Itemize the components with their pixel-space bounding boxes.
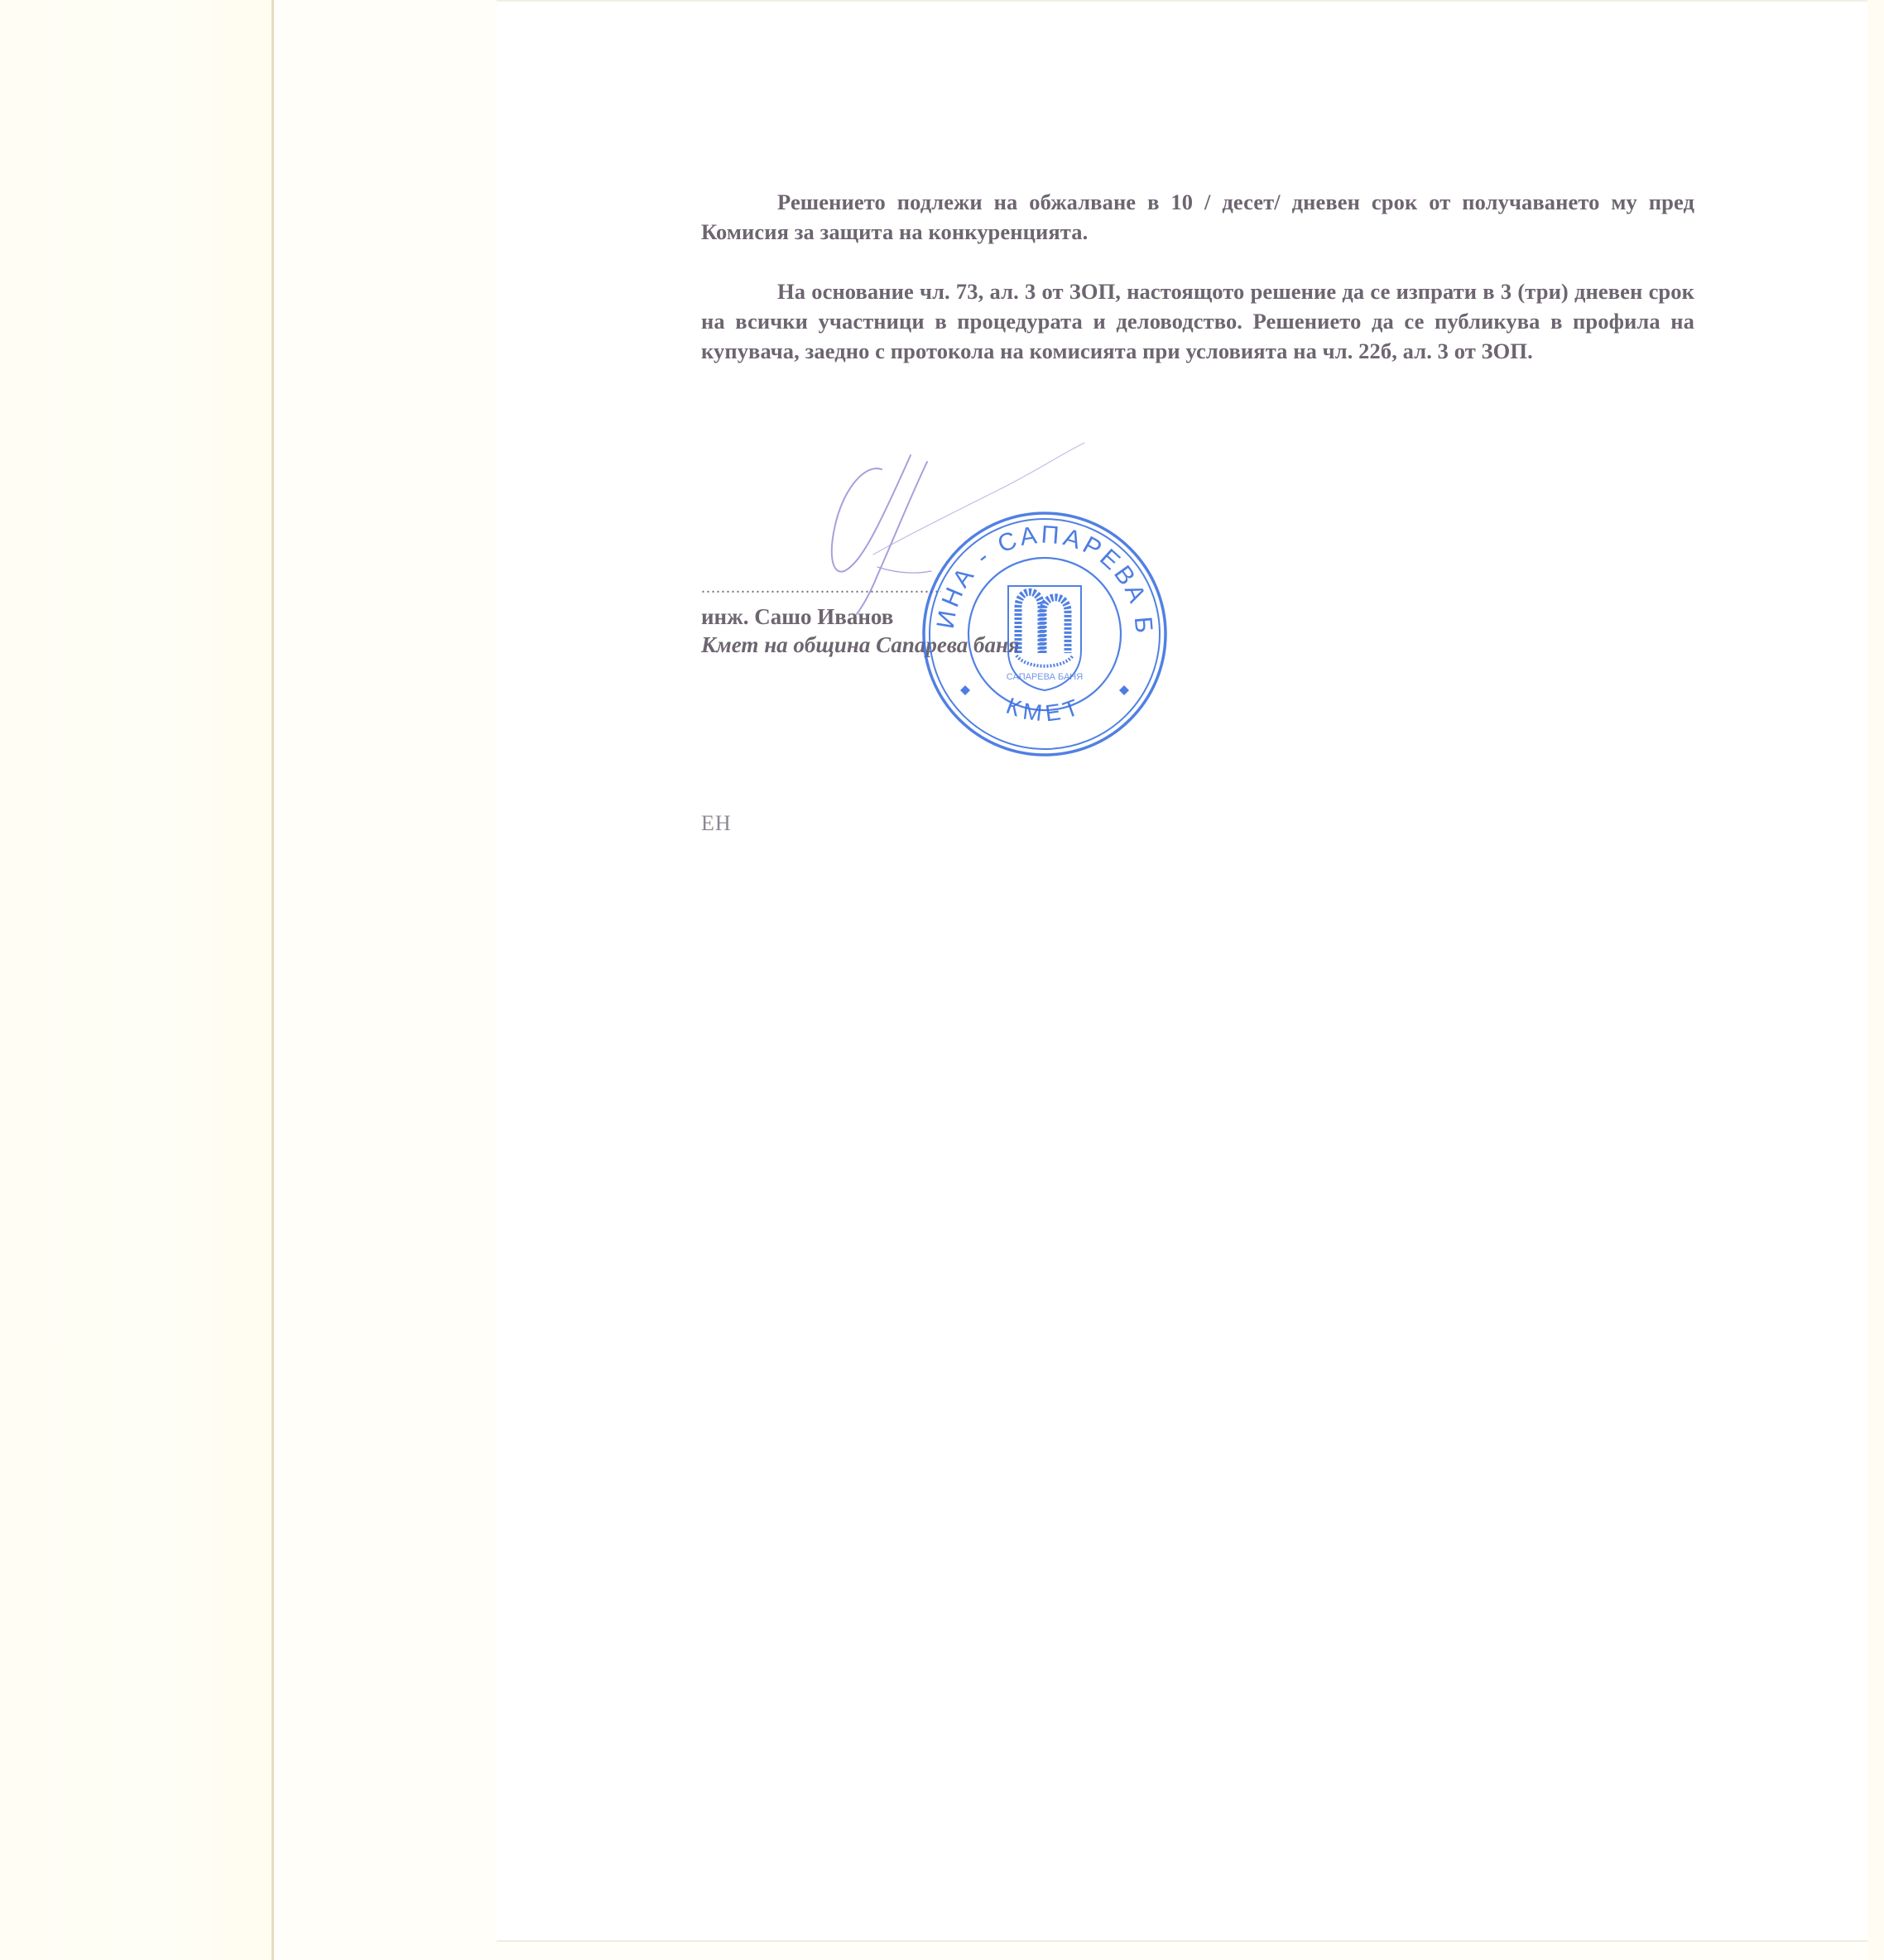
author-initials: ЕН <box>701 811 732 836</box>
official-stamp-icon: ОБЩИНА - САПАРЕВА БАНЯ КМЕТ САПАРЕВА БАН… <box>919 508 1170 760</box>
appeal-paragraph: Решението подлежи на обжалване в 10 / де… <box>701 187 1694 247</box>
left-margin <box>0 0 273 1960</box>
page-divider <box>272 0 274 1960</box>
stamp-top-text: ОБЩИНА - САПАРЕВА БАНЯ <box>919 508 1157 637</box>
document-body: Решението подлежи на обжалване в 10 / де… <box>701 187 1694 396</box>
publication-paragraph: На основание чл. 73, ал. 3 от ЗОП, насто… <box>701 276 1694 366</box>
svg-text:САПАРЕВА БАНЯ: САПАРЕВА БАНЯ <box>1007 672 1083 682</box>
stamp-bottom-text: КМЕТ <box>1003 693 1087 727</box>
signature-line: ........................................… <box>701 579 941 596</box>
right-margin <box>1867 0 1884 1960</box>
